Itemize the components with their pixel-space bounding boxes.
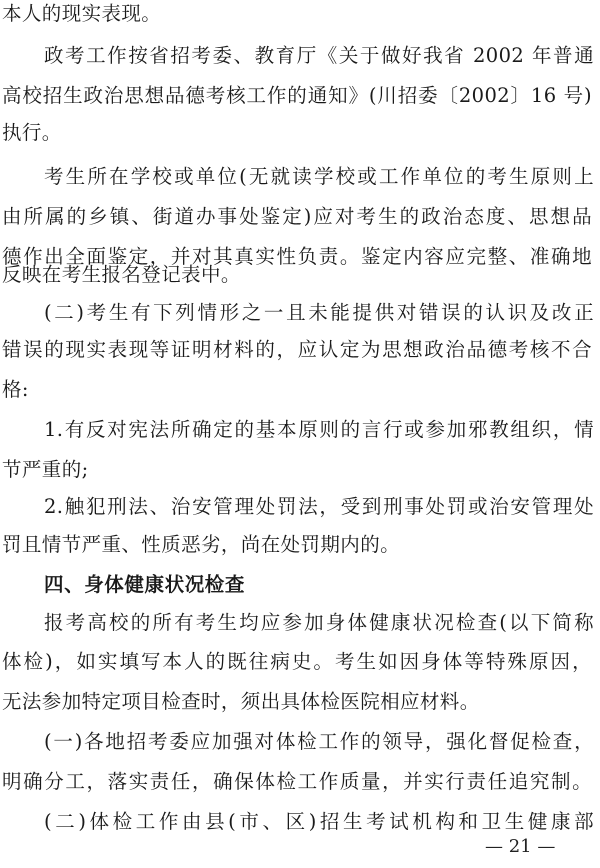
list-item-line: 罚且情节严重、性质恶劣，尚在处罚期内的。 — [2, 533, 592, 557]
paragraph-line: 无法参加特定项目检查时，须出具体检医院相应材料。 — [2, 690, 592, 714]
list-item-line: 2.触犯刑法、治安管理处罚法，受到刑事处罚或治安管理处 — [44, 495, 594, 519]
paragraph-line: (一)各地招考委应加强对体检工作的领导，强化督促检查， — [44, 730, 594, 754]
paragraph-line: 反映在考生报名登记表中。 — [2, 263, 592, 287]
list-item-line: 节严重的; — [2, 458, 592, 482]
section-heading: 四、身体健康状况检查 — [44, 573, 594, 597]
document-page: 本人的现实表现。 政考工作按省招考委、教育厅《关于做好我省 2002 年普通 高… — [0, 0, 600, 868]
paragraph-line: 本人的现实表现。 — [2, 2, 592, 26]
paragraph-line: 执行。 — [2, 121, 592, 145]
paragraph-line: 考生所在学校或单位(无就读学校或工作单位的考生原则上 — [44, 165, 594, 189]
paragraph-line: 明确分工，落实责任，确保体检工作质量，并实行责任追究制。 — [2, 770, 592, 794]
page-number: — 21 — — [485, 836, 555, 858]
paragraph-line: 体检)，如实填写本人的既往病史。考生如因身体等特殊原因， — [2, 650, 592, 674]
paragraph-line: (二)考生有下列情形之一且未能提供对错误的认识及改正 — [44, 301, 594, 325]
paragraph-line: 错误的现实表现等证明材料的，应认定为思想政治品德考核不合 — [2, 338, 592, 362]
paragraph-line: (二)体检工作由县(市、区)招生考试机构和卫生健康部 — [44, 810, 594, 834]
paragraph-line: 报考高校的所有考生均应参加身体健康状况检查(以下简称 — [44, 611, 594, 635]
paragraph-line: 由所属的乡镇、街道办事处鉴定)应对考生的政治态度、思想品 — [2, 205, 592, 229]
paragraph-line: 高校招生政治思想品德考核工作的通知》(川招委〔2002〕16 号) — [2, 84, 592, 108]
list-item-line: 1.有反对宪法所确定的基本原则的言行或参加邪教组织，情 — [44, 418, 594, 442]
paragraph-line: 格: — [2, 378, 592, 402]
paragraph-line: 政考工作按省招考委、教育厅《关于做好我省 2002 年普通 — [44, 44, 594, 68]
